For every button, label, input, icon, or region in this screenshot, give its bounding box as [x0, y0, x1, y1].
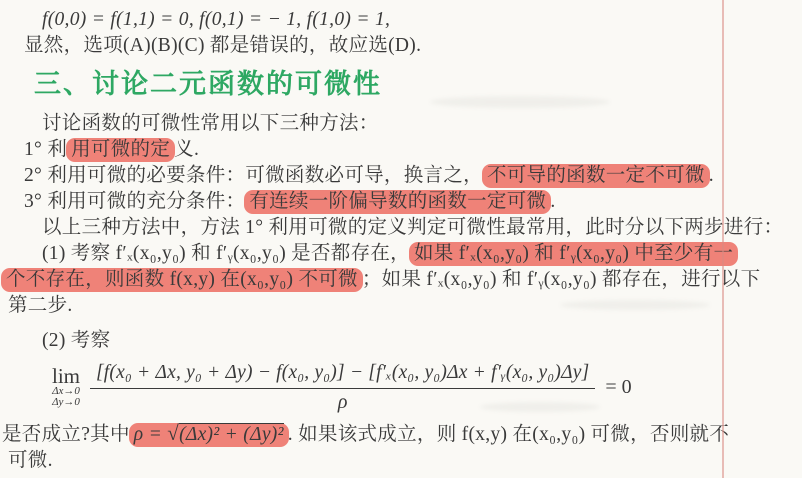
intro-line: 讨论函数的可微性常用以下三种方法：	[42, 111, 802, 137]
method-3-post: .	[550, 191, 555, 212]
prev-solution-conclusion: 显然，选项(A)(B)(C) 都是错误的，故应选(D).	[24, 33, 802, 59]
step1-line1-highlight: 如果 f′ₓ(x₀,y₀) 和 f′ᵧ(x₀,y₀) 中至少有一	[409, 242, 738, 266]
step1-line-1: (1) 考察 f′ₓ(x₀,y₀) 和 f′ᵧ(x₀,y₀) 是否都存在，如果 …	[42, 241, 802, 267]
method-1-pre: 1° 利	[24, 139, 67, 160]
lim-subscript-dy: Δy→0	[52, 397, 80, 408]
limit-formula: lim Δx→0 Δy→0 [f(x₀ + Δx, y₀ + Δy) − f(x…	[52, 356, 802, 418]
method-2-highlight: 不可导的函数一定不可微	[482, 164, 710, 188]
sqrt-radicand: (Δx)² + (Δy)²	[179, 423, 284, 445]
closing-line-2: 可微.	[8, 448, 802, 474]
scan-smudge	[480, 402, 600, 412]
sqrt-icon: √	[167, 421, 179, 445]
step2-label: (2) 考察	[42, 328, 802, 354]
method-3-pre: 3° 利用可微的充分条件：	[24, 191, 245, 212]
scan-smudge	[430, 96, 610, 108]
closing-line-1: 是否成立?其中ρ = √(Δx)² + (Δy)². 如果该式成立，则 f(x,…	[2, 420, 802, 448]
method-2-line: 2° 利用可微的必要条件：可微函数必可导，换言之，不可导的函数一定不可微.	[24, 163, 802, 189]
method-1-post: 义.	[174, 139, 199, 160]
step1-line2-highlight: 个不存在，则函数 f(x,y) 在(x₀,y₀) 不可微	[1, 268, 363, 292]
formula-rhs: = 0	[605, 376, 631, 399]
fraction-numerator: [f(x₀ + Δx, y₀ + Δy) − f(x₀, y₀)] − [f′ₓ…	[90, 361, 595, 389]
section-heading: 三、讨论二元函数的可微性	[34, 67, 802, 101]
limit-operator: lim Δx→0 Δy→0	[52, 366, 80, 408]
closing-post: . 如果该式成立，则 f(x,y) 在(x₀,y₀) 可微，否则就不	[288, 424, 729, 445]
methods-summary-line: 以上三种方法中，方法 1° 利用可微的定义判定可微性最常用，此时分以下两步进行：	[42, 215, 802, 241]
textbook-page: f(0,0) = f(1,1) = 0, f(0,1) = − 1, f(1,0…	[0, 0, 802, 478]
rho-equals: ρ =	[134, 424, 167, 445]
lim-word: lim	[52, 366, 80, 386]
method-1-highlight: 用可微的定	[66, 138, 175, 162]
method-2-post: .	[709, 165, 714, 186]
closing-pre: 是否成立?其中	[2, 424, 130, 445]
page-margin-rule	[722, 0, 724, 478]
method-3-highlight: 有连续一阶偏导数的函数一定可微	[244, 190, 551, 214]
method-1-line: 1° 利用可微的定义.	[24, 137, 802, 163]
scan-smudge	[560, 300, 710, 310]
fraction-denominator: ρ	[338, 389, 348, 413]
step1-line2-post: ；如果 f′ₓ(x₀,y₀) 和 f′ᵧ(x₀,y₀) 都存在，进行以下	[362, 269, 761, 290]
method-2-pre: 2° 利用可微的必要条件：可微函数必可导，换言之，	[24, 165, 483, 186]
rho-highlight: ρ = √(Δx)² + (Δy)²	[129, 423, 289, 447]
step1-line-2: 个不存在，则函数 f(x,y) 在(x₀,y₀) 不可微；如果 f′ₓ(x₀,y…	[2, 267, 802, 293]
prev-solution-math-line: f(0,0) = f(1,1) = 0, f(0,1) = − 1, f(1,0…	[42, 7, 802, 33]
method-3-line: 3° 利用可微的充分条件：有连续一阶偏导数的函数一定可微.	[24, 189, 802, 215]
step1-line1-pre: (1) 考察 f′ₓ(x₀,y₀) 和 f′ᵧ(x₀,y₀) 是否都存在，	[42, 243, 410, 264]
